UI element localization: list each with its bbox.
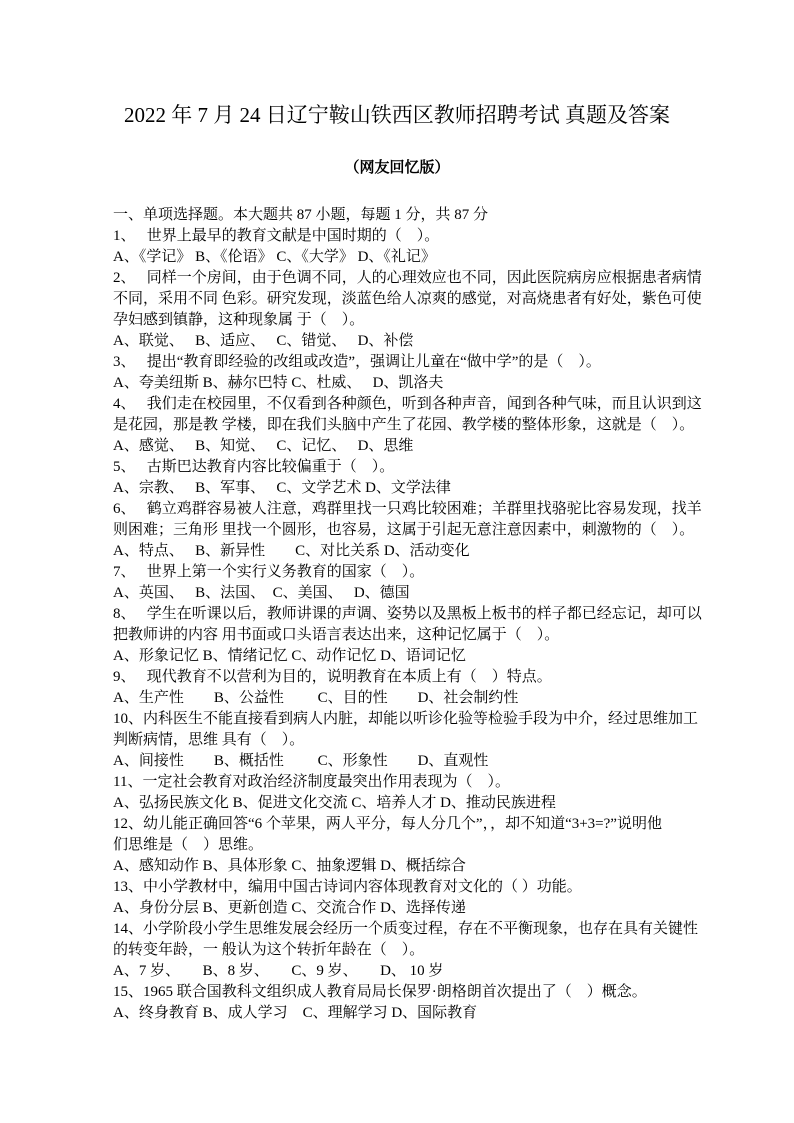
question-line: 7、 世界上第一个实行义务教育的国家（ ）。 bbox=[113, 562, 688, 583]
page-subtitle: （网友回忆版） bbox=[0, 158, 794, 179]
question-line: 6、 鹤立鸡群容易被人注意，鸡群里找一只鸡比较困难；羊群里找骆驼比容易发现，找羊 bbox=[113, 499, 688, 520]
option-line: A、身份分层 B、更新创造 C、交流合作 D、选择传递 bbox=[113, 898, 688, 919]
document-page: 2022 年 7 月 24 日辽宁鞍山铁西区教师招聘考试 真题及答案 （网友回忆… bbox=[0, 0, 794, 1123]
question-line: 孕妇感到镇静，这种现象属 于（ ）。 bbox=[113, 310, 688, 331]
question-line: 4、 我们走在校园里，不仅看到各种颜色，听到各种声音，闻到各种气味，而且认识到这 bbox=[113, 394, 688, 415]
question-line: 把教师讲的内容 用书面或口头语言表达出来，这种记忆属于（ ）。 bbox=[113, 625, 688, 646]
option-line: A、感觉、 B、知觉、 C、记忆、 D、思维 bbox=[113, 436, 688, 457]
question-line: 2、 同样一个房间，由于色调不同，人的心理效应也不同，因此医院病房应根据患者病情 bbox=[113, 268, 688, 289]
option-line: A、《学记》 B、《伦语》 C、《大学》 D、《礼记》 bbox=[113, 247, 688, 268]
question-line: 是花园，那是教 学楼，即在我们头脑中产生了花园、教学楼的整体形象，这就是（ ）。 bbox=[113, 415, 688, 436]
option-line: A、弘扬民族文化 B、促进文化交流 C、培养人才 D、推动民族进程 bbox=[113, 793, 688, 814]
question-line: 8、 学生在听课以后，教师讲课的声调、姿势以及黑板上板书的样子都已经忘记，却可以 bbox=[113, 604, 688, 625]
option-line: A、7 岁、 B、8 岁、 C、9 岁、 D、 10 岁 bbox=[113, 961, 688, 982]
question-line: 则困难；三角形 里找一个圆形，也容易，这属于引起无意注意因素中，刺激物的（ ）。 bbox=[113, 520, 688, 541]
option-line: A、生产性 B、公益性 C、目的性 D、社会制约性 bbox=[113, 688, 688, 709]
question-line: 14、小学阶段小学生思维发展会经历一个质变过程，存在不平衡现象，也存在具有关键性 bbox=[113, 919, 688, 940]
question-line: 的转变年龄，一 般认为这个转折年龄在（ ）。 bbox=[113, 940, 688, 961]
document-body: 一、单项选择题。本大题共 87 小题，每题 1 分，共 87 分 1、 世界上最… bbox=[113, 205, 688, 1024]
question-line: 们思维是（ ）思维。 bbox=[113, 835, 688, 856]
question-line: 9、 现代教育不以营利为目的，说明教育在本质上有（ ）特点。 bbox=[113, 667, 688, 688]
question-line: 判断病情，思维 具有（ ）。 bbox=[113, 730, 688, 751]
question-line: 不同，采用不同 色彩。研究发现，淡蓝色给人凉爽的感觉，对高烧患者有好处，紫色可使 bbox=[113, 289, 688, 310]
option-line: A、形象记忆 B、情绪记忆 C、动作记忆 D、语词记忆 bbox=[113, 646, 688, 667]
option-line: A、感知动作 B、具体形象 C、抽象逻辑 D、概括综合 bbox=[113, 856, 688, 877]
question-line: 15、1965 联合国教科文组织成人教育局局长保罗·朗格朗首次提出了（ ）概念。 bbox=[113, 982, 688, 1003]
question-line: 1、 世界上最早的教育文献是中国时期的（ ）。 bbox=[113, 226, 688, 247]
question-line: 13、中小学教材中，编用中国古诗词内容体现教育对文化的（ ）功能。 bbox=[113, 877, 688, 898]
question-line: 5、 古斯巴达教育内容比较偏重于（ ）。 bbox=[113, 457, 688, 478]
section-heading: 一、单项选择题。本大题共 87 小题，每题 1 分，共 87 分 bbox=[113, 205, 688, 226]
option-line: A、特点、 B、新异性 C、对比关系 D、活动变化 bbox=[113, 541, 688, 562]
page-title: 2022 年 7 月 24 日辽宁鞍山铁西区教师招聘考试 真题及答案 bbox=[0, 101, 794, 129]
option-line: A、宗教、 B、军事、 C、文学艺术 D、文学法律 bbox=[113, 478, 688, 499]
questions-list: 1、 世界上最早的教育文献是中国时期的（ ）。A、《学记》 B、《伦语》 C、《… bbox=[113, 226, 688, 1024]
option-line: A、间接性 B、概括性 C、形象性 D、直观性 bbox=[113, 751, 688, 772]
question-line: 11、一定社会教育对政治经济制度最突出作用表现为（ ）。 bbox=[113, 772, 688, 793]
option-line: A、联觉、 B、适应、 C、错觉、 D、补偿 bbox=[113, 331, 688, 352]
option-line: A、夸美纽斯 B、赫尔巴特 C、杜威、 D、凯洛夫 bbox=[113, 373, 688, 394]
question-line: 3、 提出“教育即经验的改组或改造”，强调让儿童在“做中学”的是（ ）。 bbox=[113, 352, 688, 373]
question-line: 12、幼儿能正确回答“6 个苹果，两人平分，每人分几个”，，却不知道“3+3=?… bbox=[113, 814, 688, 835]
question-line: 10、内科医生不能直接看到病人内脏，却能以听诊化验等检验手段为中介，经过思维加工 bbox=[113, 709, 688, 730]
option-line: A、英国、 B、法国、 C、美国、 D、德国 bbox=[113, 583, 688, 604]
option-line: A、终身教育 B、成人学习 C、理解学习 D、国际教育 bbox=[113, 1003, 688, 1024]
